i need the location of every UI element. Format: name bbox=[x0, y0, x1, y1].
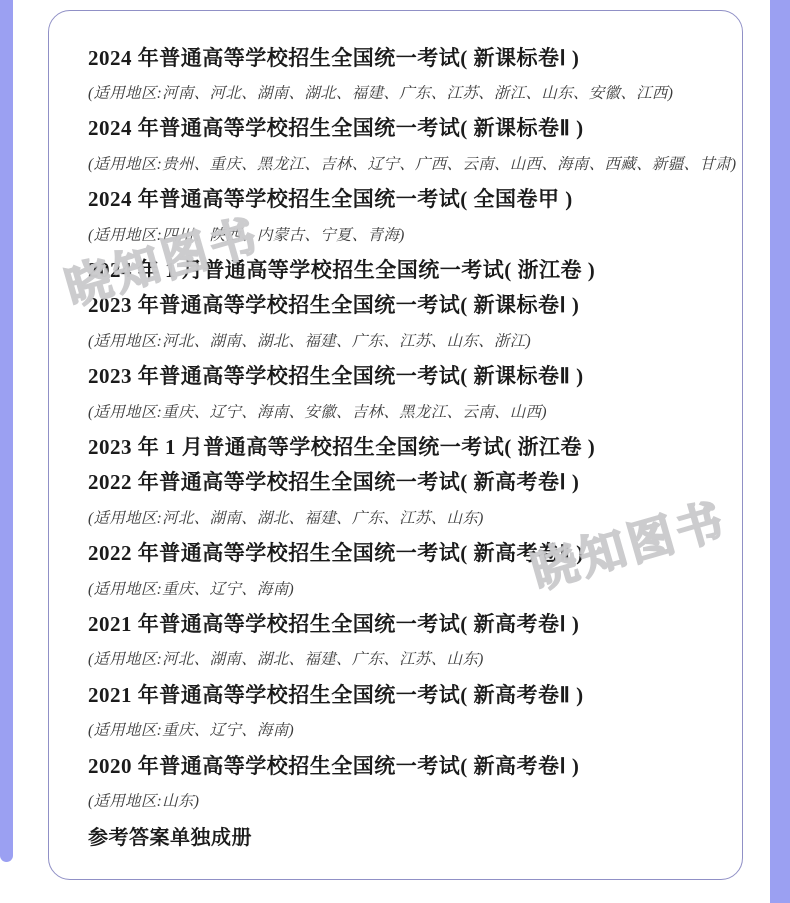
exam-regions: (适用地区:四川、陕西、内蒙古、宁夏、青海) bbox=[88, 223, 405, 245]
exam-title: 2024 年 1 月普通高等学校招生全国统一考试( 浙江卷 ) bbox=[88, 254, 595, 284]
exam-title: 2023 年普通高等学校招生全国统一考试( 新课标卷Ⅱ ) bbox=[88, 360, 584, 390]
exam-title: 2024 年普通高等学校招生全国统一考试( 新课标卷Ⅱ ) bbox=[88, 112, 584, 142]
exam-title: 2023 年 1 月普通高等学校招生全国统一考试( 浙江卷 ) bbox=[88, 431, 595, 461]
exam-regions: (适用地区:河北、湖南、湖北、福建、广东、江苏、山东、浙江) bbox=[88, 329, 531, 351]
exam-title: 2020 年普通高等学校招生全国统一考试( 新高考卷Ⅰ ) bbox=[88, 750, 579, 780]
exam-title: 2021 年普通高等学校招生全国统一考试( 新高考卷Ⅰ ) bbox=[88, 608, 579, 638]
exam-regions: (适用地区:重庆、辽宁、海南、安徽、吉林、黑龙江、云南、山西) bbox=[88, 400, 547, 422]
exam-list: 2024 年普通高等学校招生全国统一考试( 新课标卷Ⅰ ) (适用地区:河南、河… bbox=[49, 11, 742, 853]
left-accent-strip bbox=[0, 0, 13, 862]
exam-title: 2021 年普通高等学校招生全国统一考试( 新高考卷Ⅱ ) bbox=[88, 679, 584, 709]
exam-title: 2022 年普通高等学校招生全国统一考试( 新高考卷Ⅰ ) bbox=[88, 466, 579, 496]
exam-title: 2024 年普通高等学校招生全国统一考试( 全国卷甲 ) bbox=[88, 183, 573, 213]
exam-regions: (适用地区:山东) bbox=[88, 789, 199, 811]
book-contents-page: { "page": { "entries": [ { "title": "202… bbox=[0, 0, 790, 903]
exam-title: 2024 年普通高等学校招生全国统一考试( 新课标卷Ⅰ ) bbox=[88, 42, 579, 72]
exam-regions: (适用地区:河北、湖南、湖北、福建、广东、江苏、山东) bbox=[88, 506, 484, 528]
answers-note: 参考答案单独成册 bbox=[88, 821, 252, 850]
right-accent-strip bbox=[770, 0, 790, 903]
exam-title: 2022 年普通高等学校招生全国统一考试( 新高考卷Ⅱ ) bbox=[88, 537, 584, 567]
exam-regions: (适用地区:河北、湖南、湖北、福建、广东、江苏、山东) bbox=[88, 647, 484, 669]
exam-regions: (适用地区:河南、河北、湖南、湖北、福建、广东、江苏、浙江、山东、安徽、江西) bbox=[88, 81, 673, 103]
exam-regions: (适用地区:重庆、辽宁、海南) bbox=[88, 577, 294, 599]
content-page: 2024 年普通高等学校招生全国统一考试( 新课标卷Ⅰ ) (适用地区:河南、河… bbox=[48, 10, 743, 880]
exam-title: 2023 年普通高等学校招生全国统一考试( 新课标卷Ⅰ ) bbox=[88, 289, 579, 319]
exam-regions: (适用地区:贵州、重庆、黑龙江、吉林、辽宁、广西、云南、山西、海南、西藏、新疆、… bbox=[88, 152, 736, 174]
exam-regions: (适用地区:重庆、辽宁、海南) bbox=[88, 718, 294, 740]
